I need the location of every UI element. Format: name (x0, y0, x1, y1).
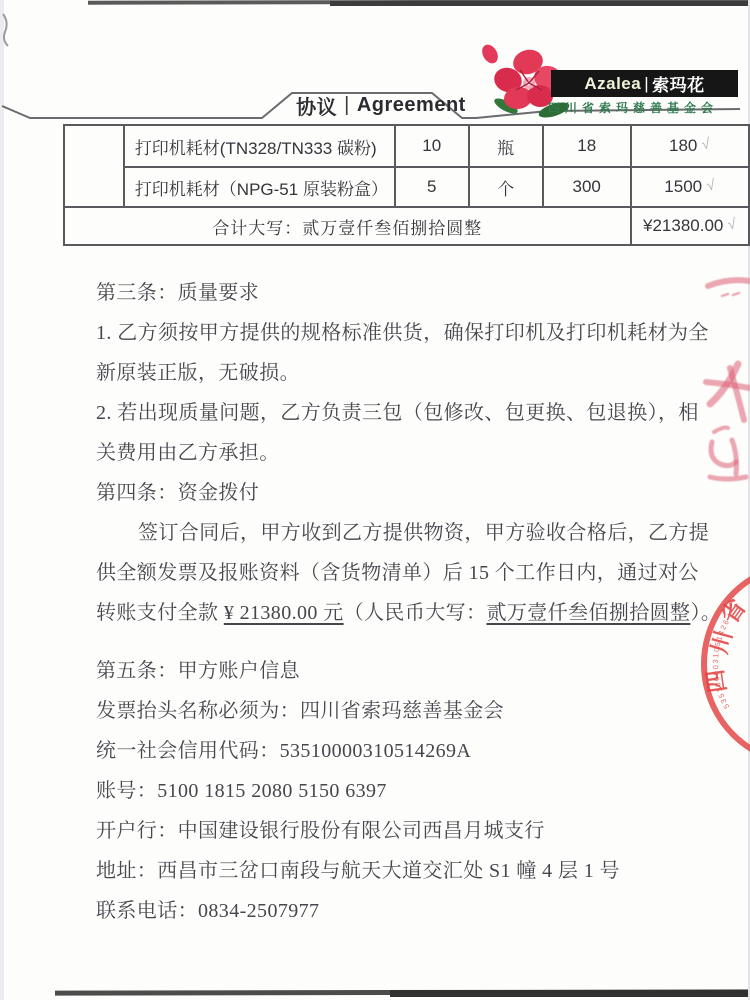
payment-text: 转账支付全款 (96, 602, 224, 624)
red-stamp-fragment (702, 272, 750, 484)
table-row: 打印机耗材(TN328/TN333 碳粉) 10 瓶 18 180√ (64, 125, 749, 167)
contract-body: 第三条：质量要求 1. 乙方须按甲方提供的规格标准供货，确保打印机及打印机耗材为… (96, 273, 716, 931)
pencil-check-mark: √ (701, 136, 712, 154)
amount-cell: 180√ (631, 125, 749, 167)
scanned-agreement-page: 协议 | Agreement Azalea | 索玛花 四川省索玛慈善基金会 打… (0, 0, 750, 1000)
clause-4-line3: 转账支付全款 ¥ 21380.00 元（人民币大写：贰万壹仟叁佰捌拾圆整）。 (96, 593, 716, 633)
quantity-cell: 5 (395, 167, 469, 207)
bank-name-line: 开户行：中国建设银行股份有限公司西昌月城支行 (96, 811, 716, 851)
amount-value: 180 (669, 136, 697, 155)
brand-name-en: Azalea (584, 74, 641, 94)
item-name-cell: 打印机耗材(TN328/TN333 碳粉) (124, 125, 395, 167)
payment-amount-underlined: ¥ 21380.00 元 (224, 602, 344, 624)
phone-line: 联系电话：0834-2507977 (96, 891, 716, 931)
quantity-cell: 10 (395, 125, 469, 167)
clause-3-item1-line1: 1. 乙方须按甲方提供的规格标准供货，确保打印机及打印机耗材为全 (96, 313, 716, 353)
unit-cell: 瓶 (469, 125, 543, 167)
account-number-line: 账号：5100 1815 2080 5150 6397 (96, 771, 716, 811)
clause-4-line1: 签订合同后，甲方收到乙方提供物资，甲方验收合格后，乙方提 (96, 513, 716, 553)
clause-4-heading: 第四条：资金拨付 (96, 473, 716, 513)
page-title-separator: | (344, 94, 350, 117)
scan-edge-top-dark (330, 1, 750, 6)
amount-cell: 1500√ (631, 167, 749, 207)
clause-3-item2-line2: 关费用由乙方承担。 (96, 433, 716, 473)
table-total-row: 合计大写：贰万壹仟叁佰捌拾圆整 ¥21380.00√ (64, 207, 749, 245)
organization-name: 四川省索玛慈善基金会 (548, 99, 740, 116)
credit-code-line: 统一社会信用代码：53510000310514269A (96, 731, 716, 771)
table-cell-blank (64, 125, 124, 207)
corner-scribble-mark (0, 8, 18, 48)
unit-price-cell: 18 (543, 125, 631, 167)
clause-3-item1-line2: 新原装正版，无破损。 (96, 353, 716, 393)
clause-4-line2: 供全额发票及报账资料（含货物清单）后 15 个工作日内，通过对公 (96, 553, 716, 593)
clause-3-heading: 第三条：质量要求 (96, 273, 716, 313)
brand-separator: | (644, 74, 649, 94)
page-title: 协议 | Agreement (288, 92, 474, 118)
goods-table: 打印机耗材(TN328/TN333 碳粉) 10 瓶 18 180√ 打印机耗材… (63, 124, 750, 246)
total-amount-value: ¥21380.00 (643, 216, 723, 235)
unit-price-cell: 300 (543, 167, 631, 207)
clause-5-heading: 第五条：甲方账户信息 (96, 651, 716, 691)
unit-cell: 个 (469, 167, 543, 207)
amount-value: 1500 (664, 177, 702, 196)
table-row: 打印机耗材（NPG-51 原装粉盒） 5 个 300 1500√ (64, 167, 749, 207)
brand-name-cn: 索玛花 (652, 71, 705, 96)
scan-edge-left (0, 0, 4, 1000)
payment-amount-words-underlined: 贰万壹仟叁佰捌拾圆整 (486, 602, 690, 624)
clause-3-item2-line1: 2. 若出现质量问题，乙方负责三包（包修改、包更换、包退换），相 (96, 393, 716, 433)
payment-text: （人民币大写： (344, 602, 487, 624)
brand-box: Azalea | 索玛花 (551, 70, 738, 97)
page-title-en: Agreement (357, 94, 466, 117)
address-line: 地址：西昌市三岔口南段与航天大道交汇处 S1 幢 4 层 1 号 (96, 851, 716, 891)
page-title-cn: 协议 (296, 91, 337, 120)
total-amount-cell: ¥21380.00√ (631, 207, 749, 245)
pencil-check-mark: √ (727, 216, 738, 234)
round-red-stamp: 四 川 省 53510000310514269A (688, 576, 750, 752)
pencil-check-mark: √ (706, 177, 717, 195)
item-name-cell: 打印机耗材（NPG-51 原装粉盒） (124, 167, 395, 207)
scan-edge-bottom-dark (390, 990, 750, 997)
total-in-words-cell: 合计大写：贰万壹仟叁佰捌拾圆整 (64, 207, 631, 245)
invoice-title-line: 发票抬头名称必须为：四川省索玛慈善基金会 (96, 691, 716, 731)
